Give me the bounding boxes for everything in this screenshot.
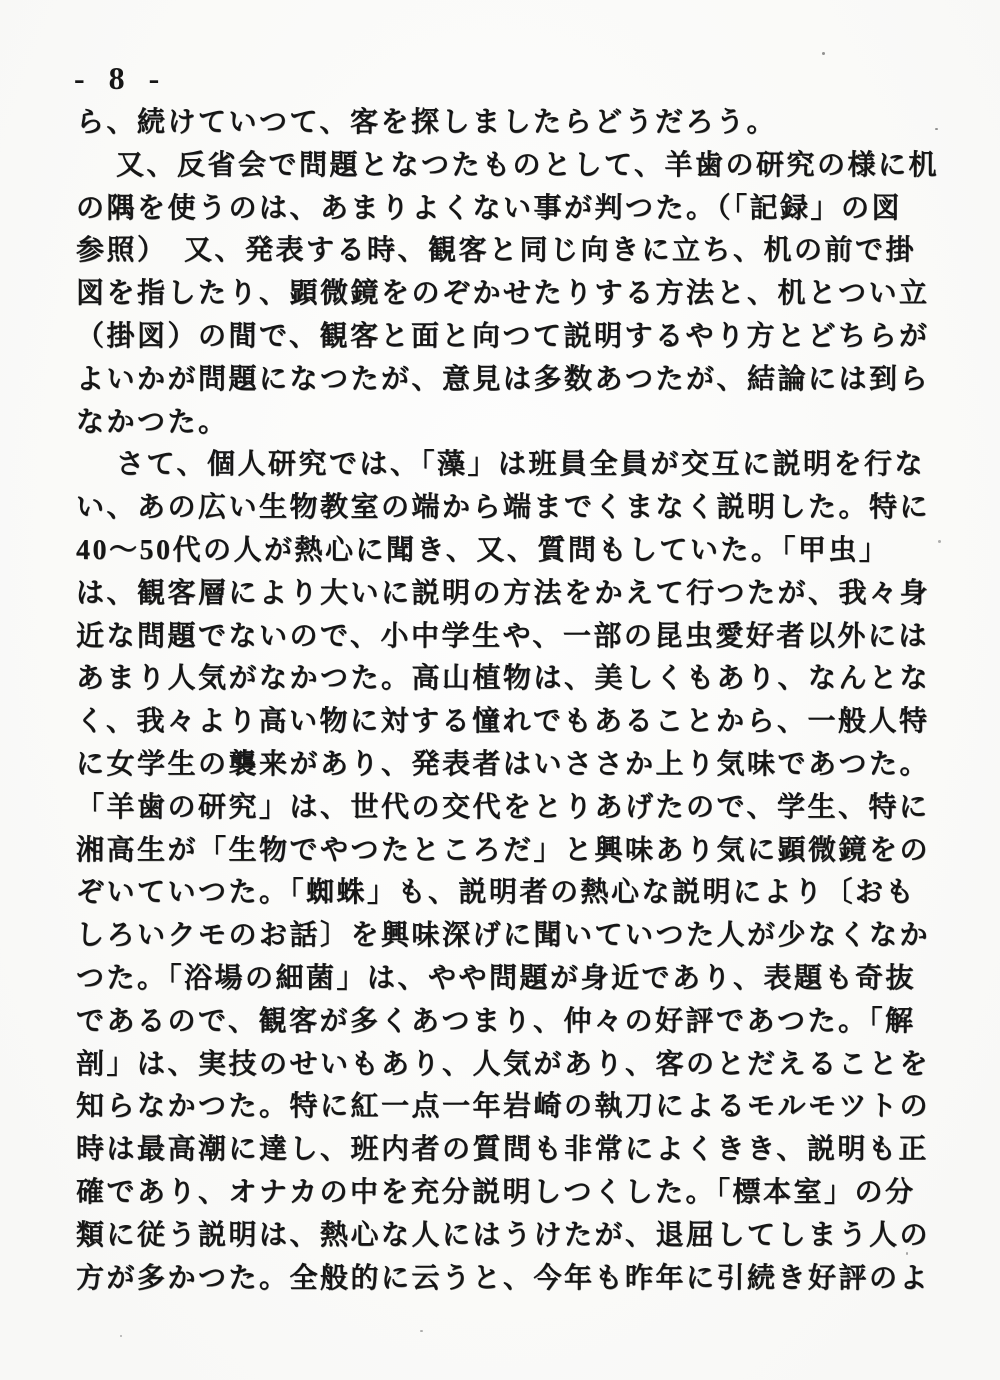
text-line: 方が多かつた。全般的に云うと、今年も昨年に引続き好評のよ bbox=[76, 1258, 956, 1301]
text-line: 確であり、オナカの中を充分説明しつくした。「標本室」の分 bbox=[76, 1172, 956, 1215]
scan-speckle bbox=[906, 1252, 908, 1255]
text-line: 湘高生が「生物でやつたところだ」と興味あり気に顕微鏡をの bbox=[76, 830, 956, 873]
text-line: 類に従う説明は、熱心な人にはうけたが、退屈してしまう人の bbox=[76, 1215, 956, 1258]
text-line: 時は最高潮に達し、班内者の質問も非常によくきき、説明も正 bbox=[76, 1129, 956, 1172]
text-line: さて、個人研究では、「藻」は班員全員が交互に説明を行な bbox=[76, 444, 956, 487]
text-line: 参照） 又、発表する時、観客と同じ向きに立ち、机の前で掛 bbox=[76, 230, 956, 273]
scan-speckle bbox=[700, 292, 702, 294]
text-line: あまり人気がなかつた。高山植物は、美しくもあり、なんとな bbox=[76, 658, 956, 701]
text-line: は、観客層により大いに説明の方法をかえて行つたが、我々身 bbox=[76, 573, 956, 616]
text-line: よいかが問題になつたが、意見は多数あつたが、結論には到ら bbox=[76, 359, 956, 402]
text-line: 知らなかつた。特に紅一点一年岩崎の執刀によるモルモツトの bbox=[76, 1086, 956, 1129]
text-line: に女学生の襲来があり、発表者はいささか上り気味であつた。 bbox=[76, 744, 956, 787]
text-line: であるので、観客が多くあつまり、仲々の好評であつた。「解 bbox=[76, 1001, 956, 1044]
text-line: つた。「浴場の細菌」は、やや問題が身近であり、表題も奇抜 bbox=[76, 958, 956, 1001]
scan-speckle bbox=[938, 540, 941, 543]
text-line: ら、続けていつて、客を探しましたらどうだろう。 bbox=[76, 102, 956, 145]
text-line: い、あの広い生物教室の端から端までくまなく説明した。特に bbox=[76, 487, 956, 530]
text-line: ぞいていつた。「蜘蛛」も、説明者の熱心な説明により〔おも bbox=[76, 872, 956, 915]
scanned-page: - 8 - ら、続けていつて、客を探しましたらどうだろう。 又、反省会で問題とな… bbox=[0, 0, 1000, 1380]
scan-speckle bbox=[520, 450, 522, 452]
document-body: ら、続けていつて、客を探しましたらどうだろう。 又、反省会で問題となつたものとし… bbox=[76, 102, 956, 1300]
text-line: 近な問題でないので、小中学生や、一部の昆虫愛好者以外には bbox=[76, 616, 956, 659]
text-line: （掛図）の間で、観客と面と向つて説明するやり方とどちらが bbox=[76, 316, 956, 359]
text-line: 又、反省会で問題となつたものとして、羊歯の研究の様に机 bbox=[76, 145, 956, 188]
scan-speckle bbox=[935, 128, 938, 130]
text-line: 「羊歯の研究」は、世代の交代をとりあげたので、学生、特に bbox=[76, 787, 956, 830]
text-line: しろいクモのお話〕を興味深げに聞いていつた人が少なくなか bbox=[76, 915, 956, 958]
text-line: の隅を使うのは、あまりよくない事が判つた。（「記録」の図 bbox=[76, 188, 956, 231]
text-line: 図を指したり、顕微鏡をのぞかせたりする方法と、机とつい立 bbox=[76, 273, 956, 316]
scan-speckle bbox=[120, 1335, 122, 1337]
text-line: 40〜50代の人が熱心に聞き、又、質問もしていた。「甲虫」 bbox=[76, 530, 956, 573]
text-line: く、我々より高い物に対する憧れでもあることから、一般人特 bbox=[76, 701, 956, 744]
text-line: なかつた。 bbox=[76, 402, 956, 445]
scan-speckle bbox=[822, 52, 825, 55]
page-number: - 8 - bbox=[74, 60, 167, 97]
scan-speckle bbox=[420, 1330, 423, 1332]
text-line: 剖」は、実技のせいもあり、人気があり、客のとだえることを bbox=[76, 1044, 956, 1087]
